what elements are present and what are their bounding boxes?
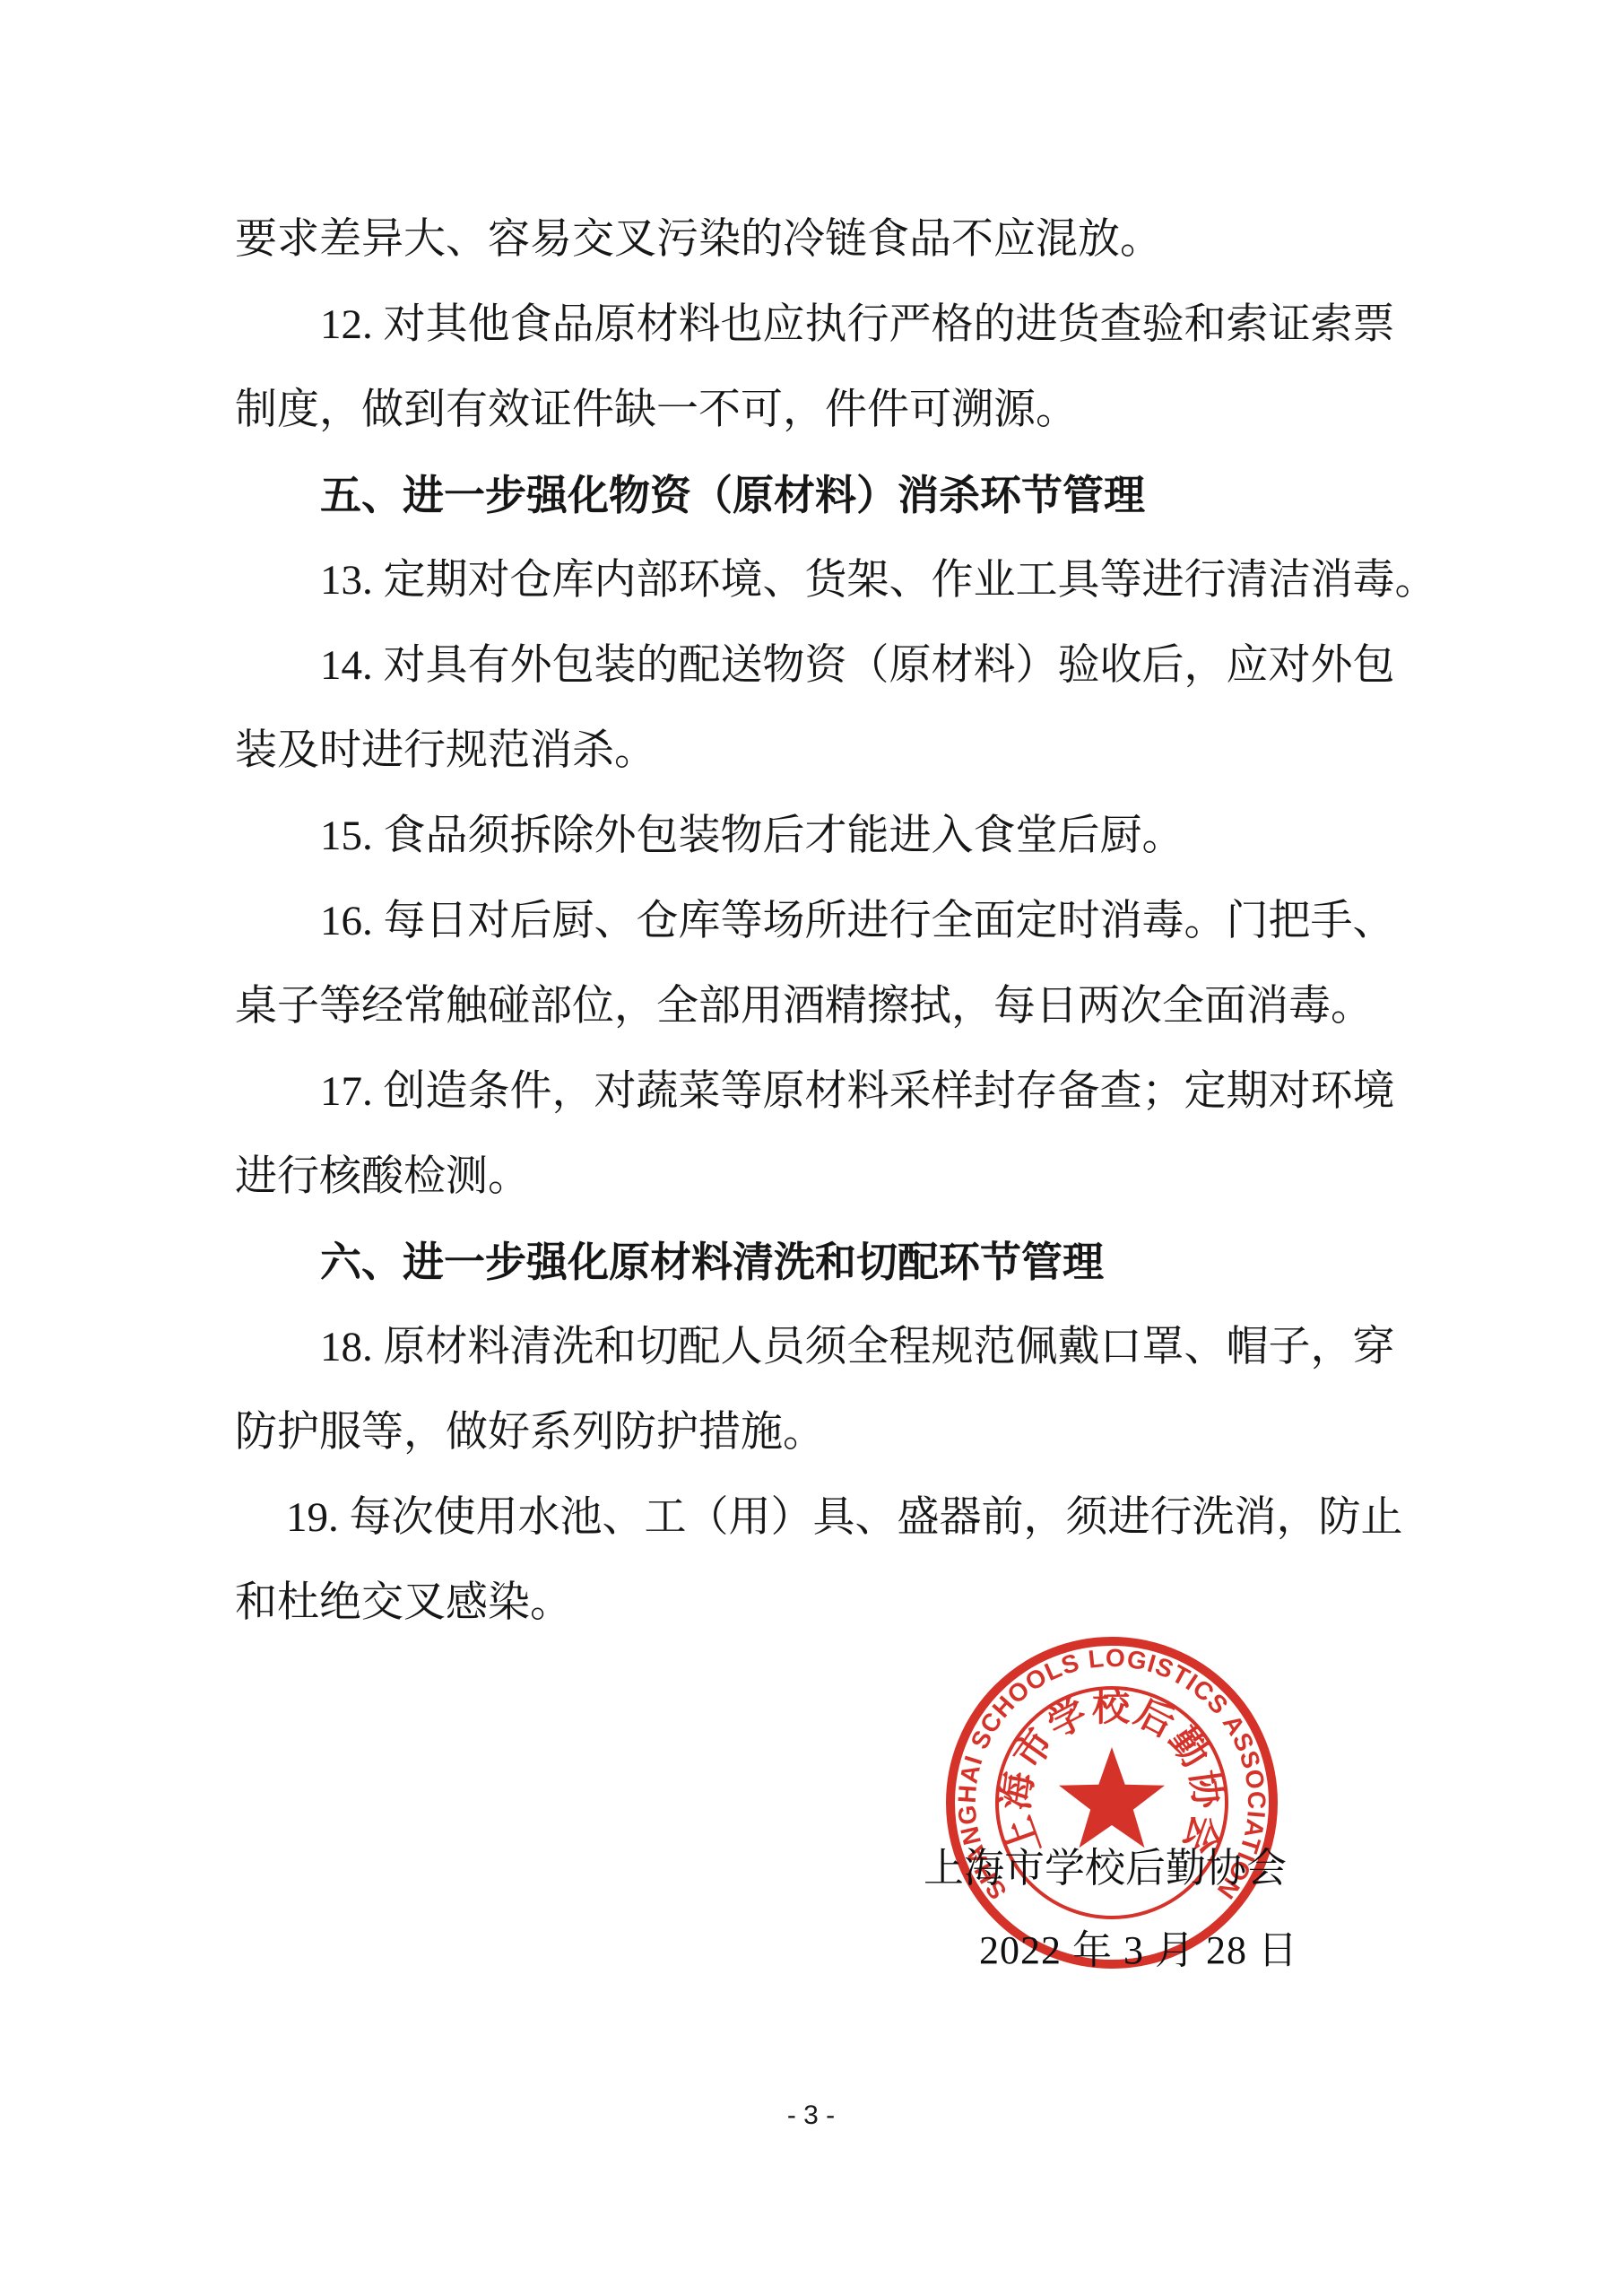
paragraph-line: 13. 定期对仓库内部环境、货架、作业工具等进行清洁消毒。 — [235, 538, 1409, 623]
page-number: - 3 - — [0, 2100, 1622, 2131]
paragraph-line: 14. 对具有外包装的配送物资（原材料）验收后，应对外包 — [235, 623, 1409, 709]
document-body: 要求差异大、容易交叉污染的冷链食品不应混放。 12. 对其他食品原材料也应执行严… — [235, 197, 1409, 1646]
section-heading: 五、进一步强化物资（原材料）消杀环节管理 — [235, 453, 1409, 538]
paragraph-line: 制度，做到有效证件缺一不可，件件可溯源。 — [235, 368, 1409, 453]
document-page: 要求差异大、容易交叉污染的冷链食品不应混放。 12. 对其他食品原材料也应执行严… — [0, 0, 1622, 2296]
paragraph-line: 桌子等经常触碰部位，全部用酒精擦拭，每日两次全面消毒。 — [235, 964, 1409, 1049]
signature-date: 2022 年 3 月 28 日 — [979, 1918, 1298, 1975]
section-heading: 六、进一步强化原材料清洗和切配环节管理 — [235, 1220, 1409, 1305]
paragraph-line: 防护服等，做好系列防护措施。 — [235, 1390, 1409, 1475]
paragraph-line: 16. 每日对后厨、仓库等场所进行全面定时消毒。门把手、 — [235, 879, 1409, 964]
paragraph-line: 12. 对其他食品原材料也应执行严格的进货查验和索证索票 — [235, 283, 1409, 368]
paragraph-line: 装及时进行规范消杀。 — [235, 709, 1409, 794]
paragraph-line: 要求差异大、容易交叉污染的冷链食品不应混放。 — [235, 197, 1409, 283]
paragraph-line: 和杜绝交叉感染。 — [235, 1561, 1409, 1646]
signature-org: 上海市学校后勤协会 — [924, 1835, 1287, 1893]
seal-star-icon — [1059, 1747, 1165, 1848]
paragraph-line: 进行核酸检测。 — [235, 1135, 1409, 1220]
paragraph-line: 17. 创造条件，对蔬菜等原材料采样封存备查；定期对环境 — [235, 1049, 1409, 1135]
paragraph-line: 15. 食品须拆除外包装物后才能进入食堂后厨。 — [235, 794, 1409, 879]
paragraph-line: 19. 每次使用水池、工（用）具、盛器前，须进行洗消，防止 — [235, 1475, 1409, 1561]
paragraph-line: 18. 原材料清洗和切配人员须全程规范佩戴口罩、帽子，穿 — [235, 1305, 1409, 1390]
